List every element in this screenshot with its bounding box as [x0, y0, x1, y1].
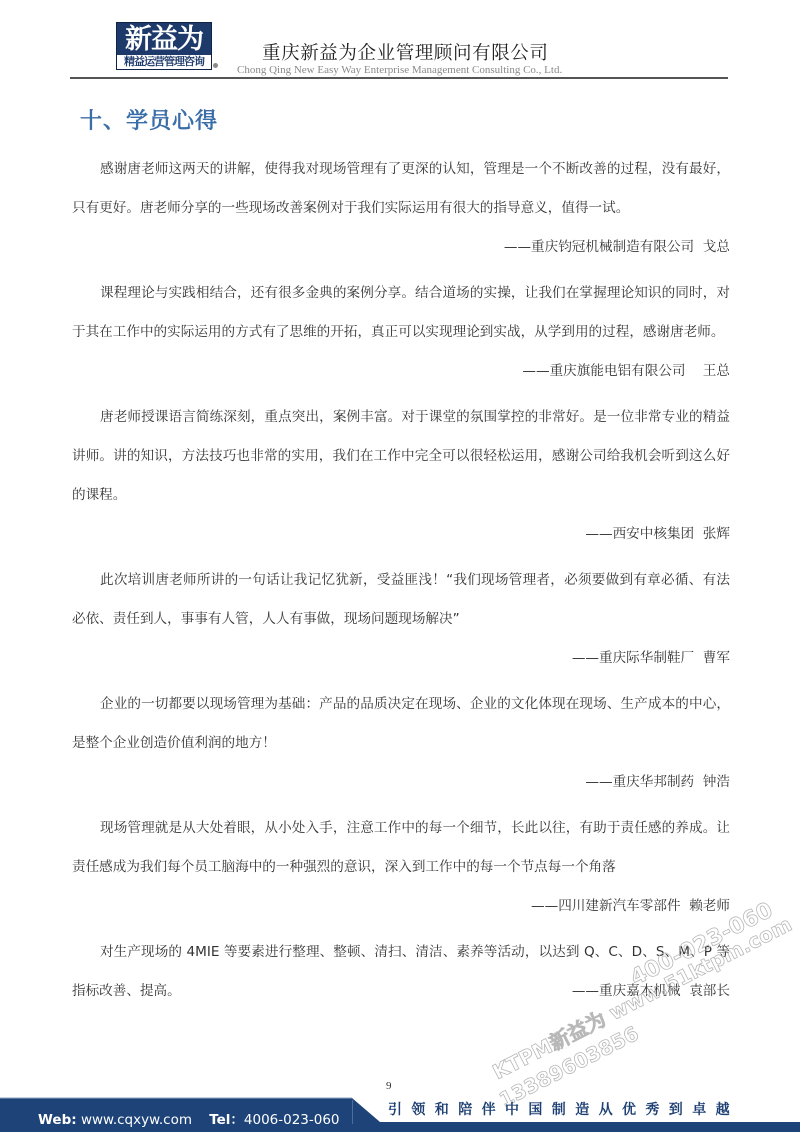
testimonial-signature: ——西安中核集团 张辉 [72, 515, 730, 554]
testimonial-signature: ——重庆嘉木机械 袁部长 [572, 972, 730, 1011]
testimonial-item: 企业的一切都要以现场管理为基础：产品的品质决定在现场、企业的文化体现在现场、生产… [72, 685, 730, 802]
web-url[interactable]: www.cqxyw.com [81, 1112, 192, 1128]
testimonial-signature: ——四川建新汽车零部件 赖老师 [72, 887, 730, 926]
company-logo: 新益为 精益运营管理咨询 [116, 22, 212, 70]
company-name-cn: 重庆新益为企业管理顾问有限公司 [262, 39, 549, 65]
logo-dot-icon [213, 63, 218, 68]
page-footer: Web: www.cqxyw.com Tel：4006-023-060 引领和陪… [0, 1096, 800, 1132]
testimonial-text: 现场管理就是从大处着眼，从小处入手，注意工作中的每一个细节，长此以往，有助于责任… [72, 809, 730, 887]
testimonial-signature: ——重庆钧冠机械制造有限公司 戈总 [72, 228, 730, 267]
page-header: 新益为 精益运营管理咨询 重庆新益为企业管理顾问有限公司 Chong Qing … [0, 0, 800, 80]
testimonial-item: 课程理论与实践相结合，还有很多金典的案例分享。结合道场的实操，让我们在掌握理论知… [72, 274, 730, 391]
page-number: 9 [386, 1080, 392, 1092]
header-divider [70, 77, 728, 79]
testimonial-item: 现场管理就是从大处着眼，从小处入手，注意工作中的每一个细节，长此以往，有助于责任… [72, 809, 730, 926]
testimonial-text: 唐老师授课语言简练深刻，重点突出，案例丰富。对于课堂的氛围掌控的非常好。是一位非… [72, 398, 730, 515]
logo-sub-text: 精益运营管理咨询 [117, 54, 211, 69]
testimonial-item: 感谢唐老师这两天的讲解，使得我对现场管理有了更深的认知，管理是一个不断改善的过程… [72, 150, 730, 267]
testimonial-signature: ——重庆旗能电铝有限公司 王总 [72, 352, 730, 391]
web-label: Web: [38, 1112, 77, 1128]
testimonial-signature: ——重庆华邦制药 钟浩 [72, 763, 730, 802]
testimonial-text: 感谢唐老师这两天的讲解，使得我对现场管理有了更深的认知，管理是一个不断改善的过程… [72, 150, 730, 228]
tel-label: Tel [209, 1112, 230, 1128]
testimonials-list: 感谢唐老师这两天的讲解，使得我对现场管理有了更深的认知，管理是一个不断改善的过程… [72, 150, 730, 1011]
tel-number: 4006-023-060 [244, 1112, 340, 1128]
testimonial-item: 唐老师授课语言简练深刻，重点突出，案例丰富。对于课堂的氛围掌控的非常好。是一位非… [72, 398, 730, 554]
logo-main-text: 新益为 [117, 24, 211, 56]
footer-slogan: 引领和陪伴中国制造从优秀到卓越 [388, 1099, 739, 1119]
testimonial-text: 企业的一切都要以现场管理为基础：产品的品质决定在现场、企业的文化体现在现场、生产… [72, 685, 730, 763]
footer-divider [352, 1100, 353, 1124]
tel-separator: ： [230, 1112, 244, 1128]
footer-contact: Web: www.cqxyw.com Tel：4006-023-060 [38, 1108, 340, 1128]
testimonial-signature: ——重庆际华制鞋厂 曹军 [72, 639, 730, 678]
company-name-en: Chong Qing New Easy Way Enterprise Manag… [237, 64, 562, 76]
testimonial-item: 对生产现场的 4MIE 等要素进行整理、整顿、清扫、清洁、素养等活动，以达到 Q… [72, 933, 730, 1011]
testimonial-text: 此次培训唐老师所讲的一句话让我记忆犹新，受益匪浅！“我们现场管理者，必须要做到有… [72, 561, 730, 639]
section-title: 十、学员心得 [80, 104, 218, 135]
testimonial-item: 此次培训唐老师所讲的一句话让我记忆犹新，受益匪浅！“我们现场管理者，必须要做到有… [72, 561, 730, 678]
testimonial-text: 课程理论与实践相结合，还有很多金典的案例分享。结合道场的实操，让我们在掌握理论知… [72, 274, 730, 352]
